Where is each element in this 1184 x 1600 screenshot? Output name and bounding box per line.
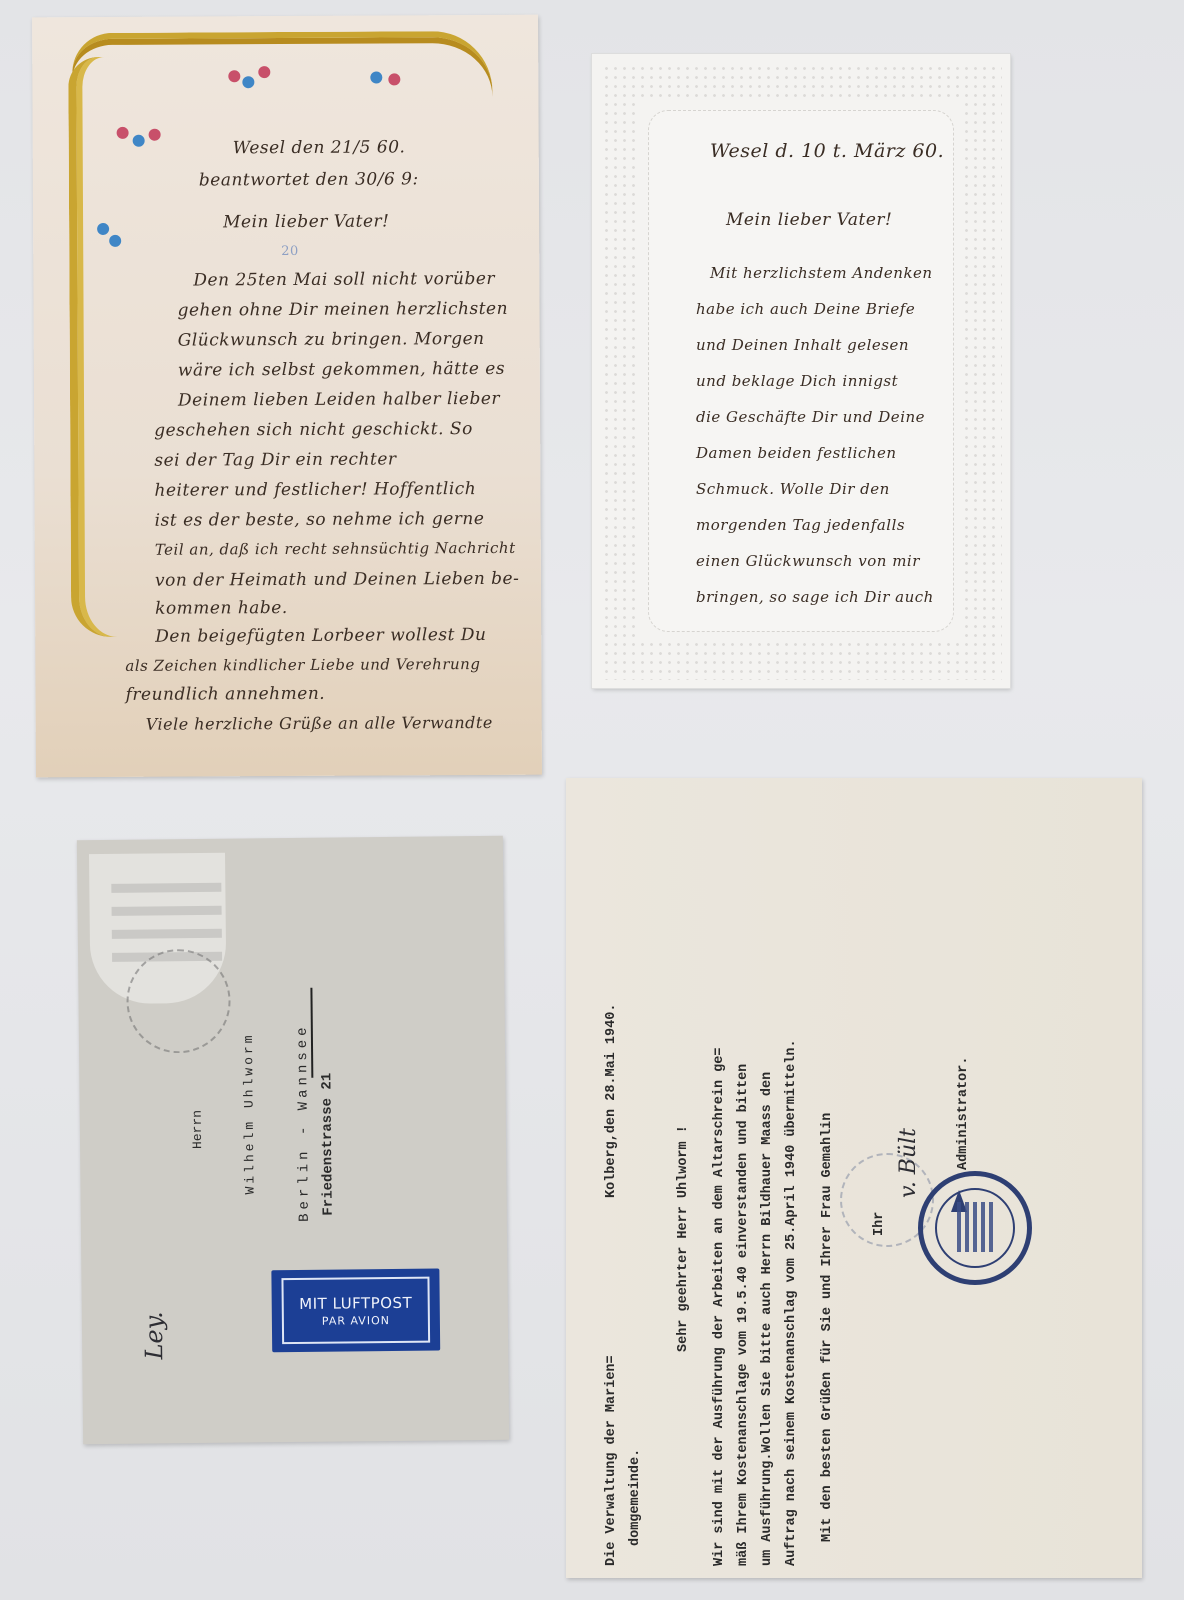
flower-ornament <box>242 76 254 88</box>
letter1-line: Wesel den 21/5 60. <box>233 137 406 158</box>
city-underline <box>310 988 313 1078</box>
letter1-line: beantwortet den 30/6 9: <box>199 169 419 190</box>
flower-ornament <box>258 66 270 78</box>
flower-ornament <box>117 127 129 139</box>
letter2-line: und Deinen Inhalt gelesen <box>696 336 909 354</box>
recipient-salutation: Herrn <box>190 1110 205 1149</box>
sender-line1: Die Verwaltung der Marien= <box>604 1355 619 1566</box>
letter1-line: Glückwunsch zu bringen. Morgen <box>178 329 485 351</box>
church-building-icon <box>957 1202 993 1252</box>
letter1-line: freundlich annehmen. <box>126 684 326 705</box>
letter2-line: und beklage Dich innigst <box>696 372 898 390</box>
recipient-street: Friedenstrasse 21 <box>319 1073 336 1216</box>
pencil-note: 20 <box>281 244 299 259</box>
typewritten-letter: Die Verwaltung der Marien= domgemeinde. … <box>566 778 1142 1578</box>
lace-paper-handwritten-letter: Wesel d. 10 t. März 60. Mein lieber Vate… <box>592 54 1010 688</box>
letter2-line: Mit herzlichstem Andenken <box>710 264 933 282</box>
place-date: Kolberg,den 28.Mai 1940. <box>604 1004 619 1198</box>
letter2-line: die Geschäfte Dir und Deine <box>696 408 925 426</box>
letter1-line: Den 25ten Mai soll nicht vorüber <box>193 269 495 291</box>
letter1-line: Viele herzliche Grüße an alle Verwandte <box>146 713 493 734</box>
church-administration-stamp <box>918 1171 1032 1285</box>
handwritten-pencil-note: Ley. <box>140 1311 169 1359</box>
flower-ornament <box>388 73 400 85</box>
letter2-line: Schmuck. Wolle Dir den <box>696 480 890 498</box>
flower-ornament <box>149 129 161 141</box>
gilded-handwritten-letter: Wesel den 21/5 60. beantwortet den 30/6 … <box>32 15 542 778</box>
sender-line2: domgemeinde. <box>628 1449 643 1546</box>
airmail-label-line1: MIT LUFTPOST <box>299 1293 412 1312</box>
body-line: um Ausführung.Wollen Sie bitte auch Herr… <box>760 1072 775 1566</box>
letter1-line: von der Heimath und Deinen Lieben be- <box>155 569 519 591</box>
letter1-line: Mein lieber Vater! <box>223 211 389 232</box>
flower-ornament <box>370 71 382 83</box>
letter1-line: wäre ich selbst gekommen, hätte es <box>178 359 505 381</box>
letter1-line: als Zeichen kindlicher Liebe und Verehru… <box>125 655 480 675</box>
flower-ornament <box>133 135 145 147</box>
gold-ornament-border-left <box>68 57 119 637</box>
letter1-line: Deinem lieben Leiden halber lieber <box>178 389 500 411</box>
airmail-envelope: Herrn Wilhelm Uhlworm Berlin - Wannsee F… <box>77 836 509 1444</box>
letter2-line: bringen, so sage ich Dir auch <box>696 588 934 606</box>
administrator-title: Administrator. <box>956 1057 971 1170</box>
body-line: Auftrag nach seinem Kostenanschlag vom 2… <box>784 1039 799 1566</box>
greeting: Sehr geehrter Herr Uhlworm ! <box>676 1125 691 1352</box>
letter2-line: Wesel d. 10 t. März 60. <box>710 140 944 162</box>
letter1-line: sei der Tag Dir ein rechter <box>154 449 396 470</box>
luftpost-airmail-label: MIT LUFTPOST PAR AVION <box>271 1268 440 1352</box>
letter1-line: gehen ohne Dir meinen herzlichsten <box>177 299 508 321</box>
body-line: Wir sind mit der Ausführung der Arbeiten… <box>712 1048 727 1566</box>
gold-ornament-border-top <box>72 31 492 129</box>
letter1-line: geschehen sich nicht geschickt. So <box>154 419 473 441</box>
letter2-line: Damen beiden festlichen <box>696 444 897 462</box>
flower-ornament <box>97 223 109 235</box>
letter1-line: heiterer und festlicher! Hoffentlich <box>154 479 476 501</box>
airmail-label-line2: PAR AVION <box>322 1313 390 1327</box>
recipient-name: Wilhelm Uhlworm <box>241 1032 258 1194</box>
letter2-line: Mein lieber Vater! <box>726 210 892 230</box>
letter1-line: Den beigefügten Lorbeer wollest Du <box>155 625 486 647</box>
letter1-line: ist es der beste, so nehme ich gerne <box>155 509 485 531</box>
postmark-circle <box>126 949 231 1054</box>
letter2-line: habe ich auch Deine Briefe <box>696 300 915 318</box>
letter2-line: morgenden Tag jedenfalls <box>696 516 905 534</box>
letter1-line: kommen habe. <box>155 598 288 619</box>
letter1-line: Teil an, daß ich recht sehnsüchtig Nachr… <box>155 539 516 559</box>
closing-line: Mit den besten Grüßen für Sie und Ihrer … <box>820 1113 835 1542</box>
flower-ornament <box>228 70 240 82</box>
body-line: mäß Ihrem Kostenanschlage vom 19.5.40 ei… <box>736 1064 751 1566</box>
letter2-line: einen Glückwunsch von mir <box>696 552 920 570</box>
flower-ornament <box>109 235 121 247</box>
